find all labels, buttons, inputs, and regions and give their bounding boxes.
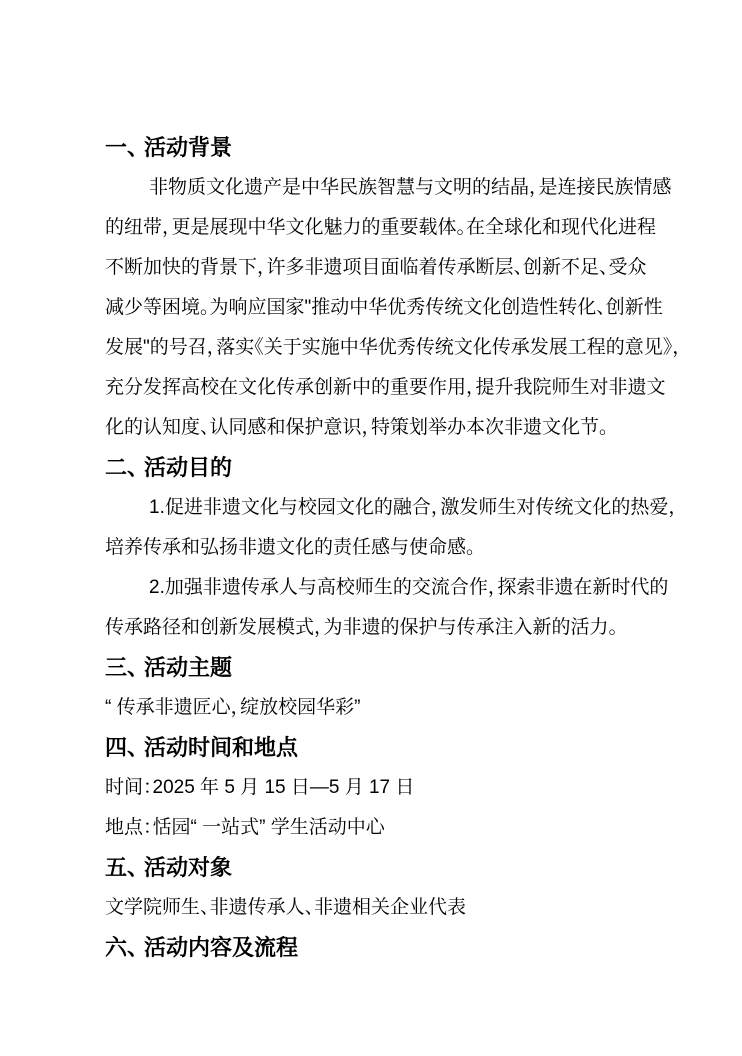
- heading-title: 活动主题: [144, 655, 232, 680]
- paragraph-line: 培养传承和弘扬非遗文化的责任感与使命感。: [105, 528, 645, 568]
- paragraph-line: 减少等困境。为响应国家"推动中华优秀传统文化创造性转化、创新性: [105, 288, 645, 328]
- theme-slogan-line: “ 传承非遗匠心，绽放校园华彩”: [105, 688, 645, 728]
- paragraph-line: 不断加快的背景下，许多非遗项目面临着传承断层、创新不足、受众: [105, 248, 645, 288]
- activity-place-line: 地点：恬园“ 一站式” 学生活动中心: [105, 808, 645, 848]
- paragraph-line: 2.加强非遗传承人与高校师生的交流合作，探索非遗在新时代的: [105, 568, 645, 608]
- heading-number: 四、: [105, 735, 138, 760]
- paragraph-line: 1.促进非遗文化与校园文化的融合，激发师生对传统文化的热爱，: [105, 488, 645, 528]
- section-heading-time-and-place: 四、活动时间和地点: [105, 728, 645, 768]
- document-page: 一、活动背景 非物质文化遗产是中华民族智慧与文明的结晶，是连接民族情感 的纽带，…: [0, 0, 742, 1056]
- heading-number: 一、: [105, 135, 138, 160]
- heading-title: 活动背景: [144, 135, 232, 160]
- paragraph-line: 传承路径和创新发展模式，为非遗的保护与传承注入新的活力。: [105, 608, 645, 648]
- paragraph-line: 发展"的号召，落实《关于实施中华优秀传统文化传承发展工程的意见》，: [105, 328, 645, 368]
- heading-number: 六、: [105, 935, 138, 960]
- participants-line: 文学院师生、非遗传承人、非遗相关企业代表: [105, 888, 645, 928]
- section-heading-content-and-process: 六、活动内容及流程: [105, 928, 645, 968]
- paragraph-line: 的纽带，更是展现中华文化魅力的重要载体。在全球化和现代化进程: [105, 208, 645, 248]
- paragraph-line: 化的认知度、认同感和保护意识，特策划举办本次非遗文化节。: [105, 408, 645, 448]
- paragraph-line: 充分发挥高校在文化传承创新中的重要作用，提升我院师生对非遗文: [105, 368, 645, 408]
- section-heading-activity-purpose: 二、活动目的: [105, 448, 645, 488]
- heading-title: 活动内容及流程: [144, 935, 298, 960]
- activity-time-line: 时间：2025 年 5 月 15 日—5 月 17 日: [105, 768, 645, 808]
- heading-number: 三、: [105, 655, 138, 680]
- section-heading-participants: 五、活动对象: [105, 848, 645, 888]
- section-heading-activity-background: 一、活动背景: [105, 128, 645, 168]
- heading-number: 五、: [105, 855, 138, 880]
- heading-number: 二、: [105, 455, 138, 480]
- paragraph-line: 非物质文化遗产是中华民族智慧与文明的结晶，是连接民族情感: [105, 168, 645, 208]
- section-heading-activity-theme: 三、活动主题: [105, 648, 645, 688]
- heading-title: 活动目的: [144, 455, 232, 480]
- heading-title: 活动对象: [144, 855, 232, 880]
- heading-title: 活动时间和地点: [144, 735, 298, 760]
